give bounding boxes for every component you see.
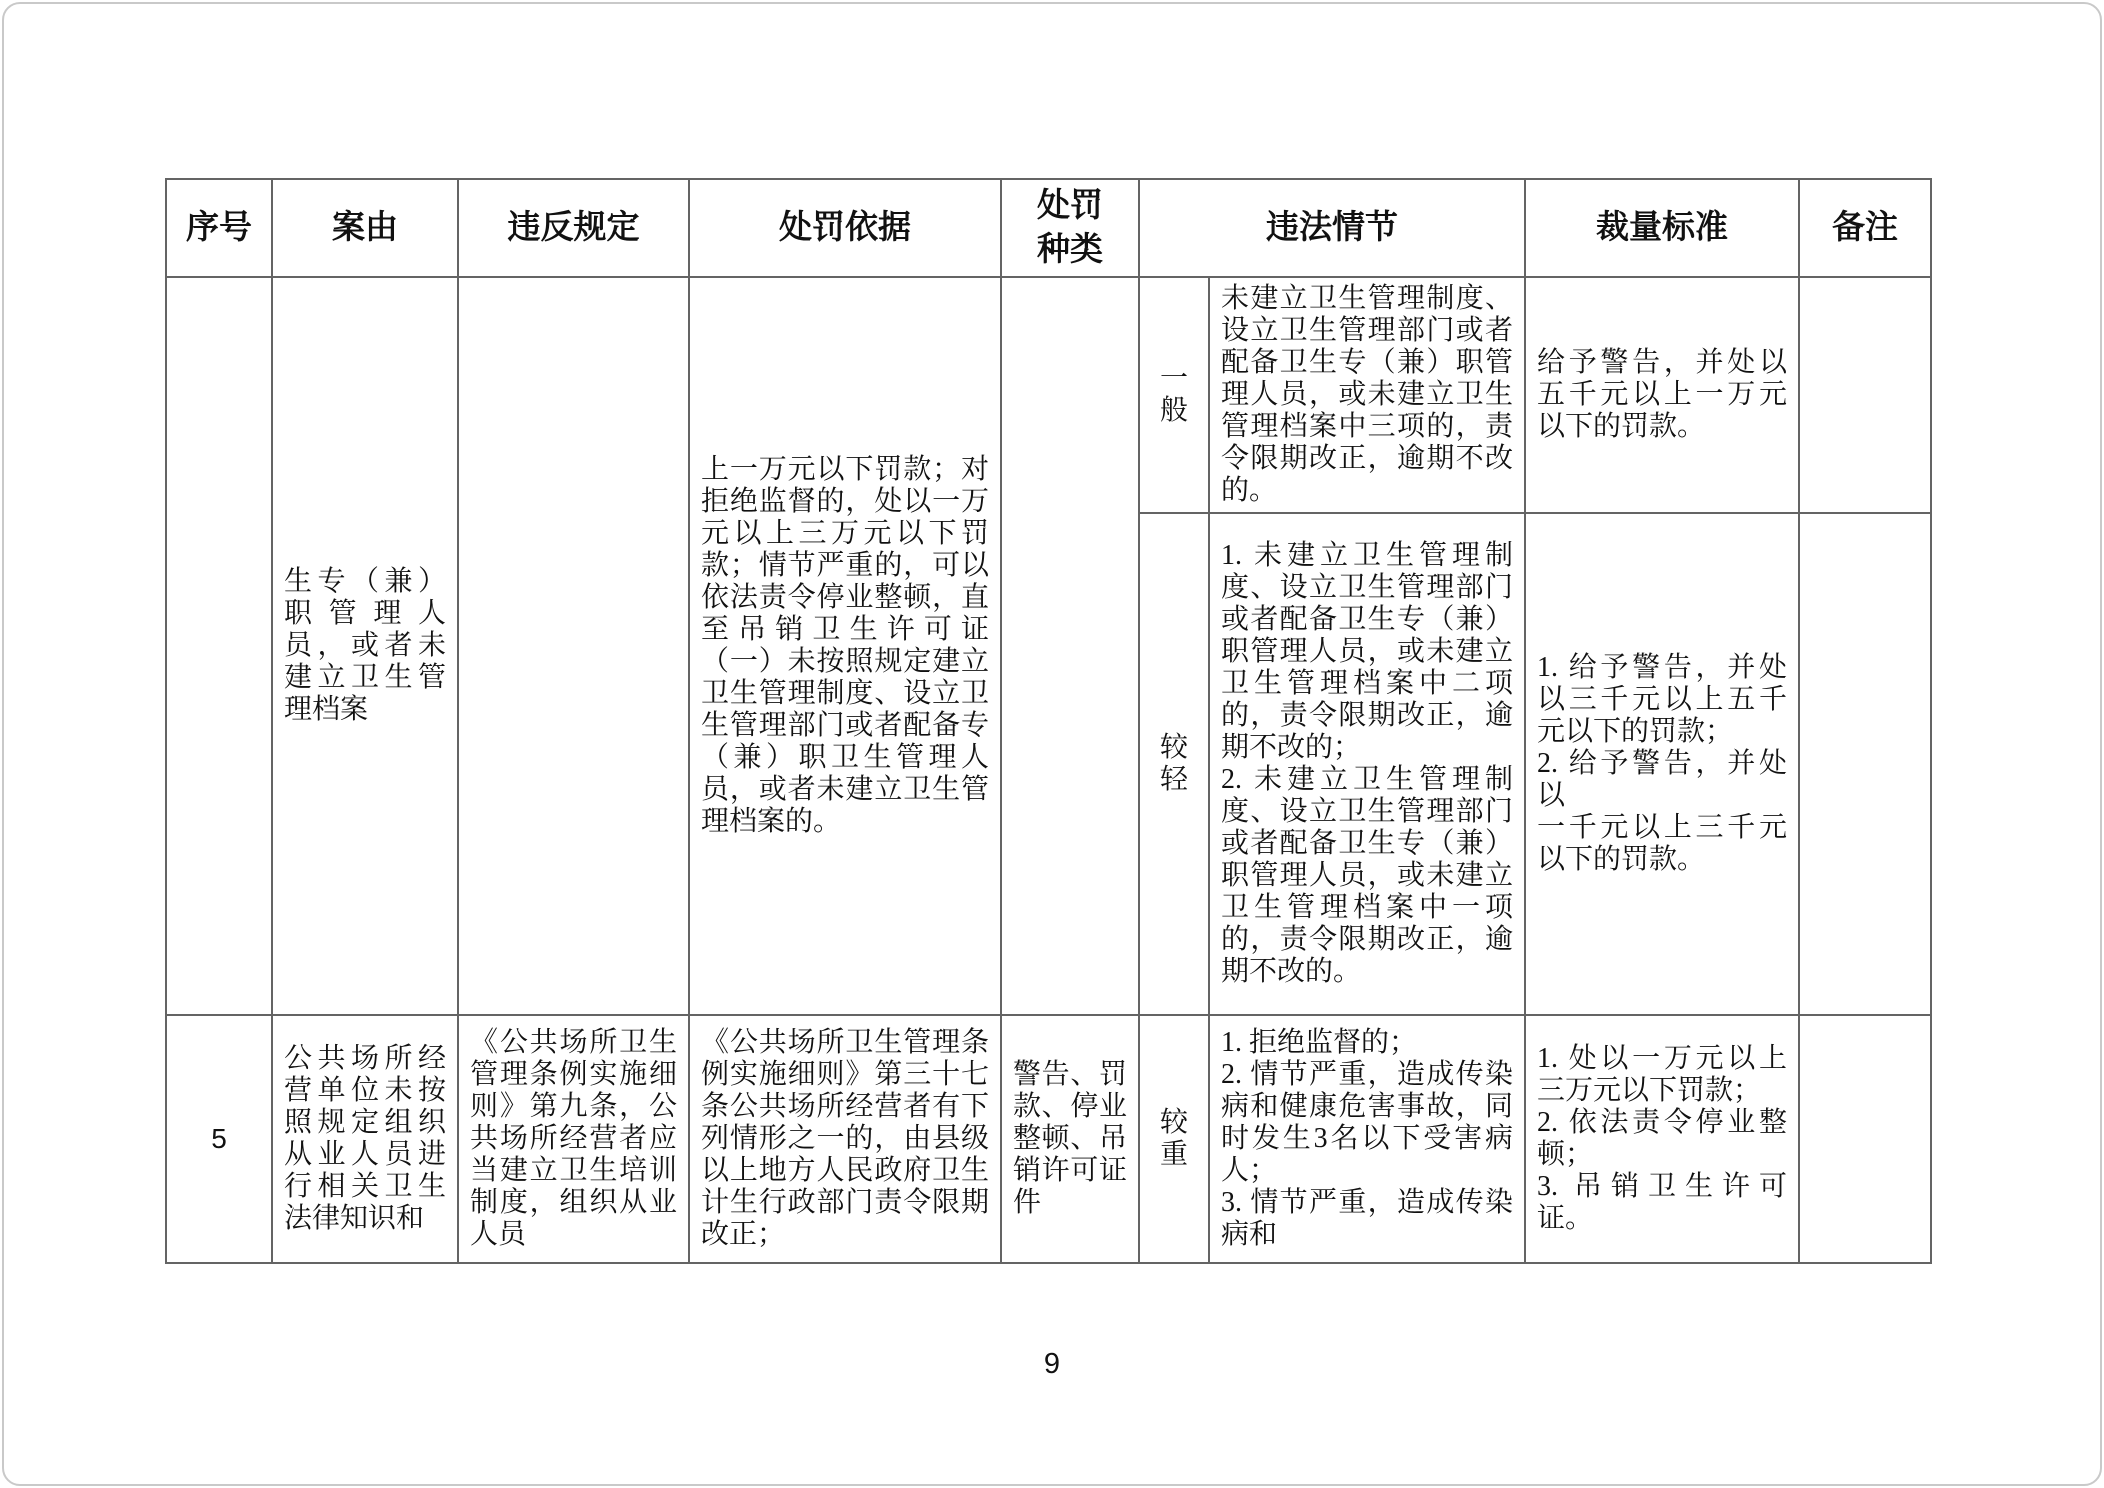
table-header-row: 序号 案由 违反规定 处罚依据 处罚 种类 违法情节 裁量标准 备注 [166,179,1931,277]
row4-general-remark-cell [1799,277,1931,513]
row4-minor-standard-cell: 1. 给予警告，并处以三千元以上五千元以下的罚款； 2. 给予警告，并处以 一千… [1525,513,1799,1015]
header-circumstance: 违法情节 [1139,179,1525,277]
row5-circumstance-cell: 1. 拒绝监督的； 2. 情节严重，造成传染病和健康危害事故，同时发生3名以下受… [1209,1015,1525,1263]
row5-severity-cell: 较重 [1139,1015,1209,1263]
row4-general-standard-cell: 给予警告，并处以五千元以上一万元以下的罚款。 [1525,277,1799,513]
row4-regulation-cell [458,277,689,1015]
row5-remark-cell [1799,1015,1931,1263]
header-basis: 处罚依据 [689,179,1001,277]
header-remark: 备注 [1799,179,1931,277]
header-penalty-type: 处罚 种类 [1001,179,1139,277]
row4-minor-severity-cell: 较轻 [1139,513,1209,1015]
row4-seq-cell [166,277,272,1015]
page-number: 9 [0,1348,2104,1381]
row5: 5 公共场所经营单位未按照规定组织从业人员进行相关卫生法律知识和 《公共场所卫生… [166,1015,1931,1263]
row4-minor-circumstance-cell: 1. 未建立卫生管理制度、设立卫生管理部门或者配备卫生专（兼）职管理人员，或未建… [1209,513,1525,1015]
row5-penalty-type-cell: 警告、罚款、停业整顿、吊销许可证件 [1001,1015,1139,1263]
row4-minor-remark-cell [1799,513,1931,1015]
header-case: 案由 [272,179,458,277]
row4-general-circumstance-cell: 未建立卫生管理制度、设立卫生管理部门或者配备卫生专（兼）职管理人员，或未建立卫生… [1209,277,1525,513]
row5-regulation-cell: 《公共场所卫生管理条例实施细则》第九条，公共场所经营者应当建立卫生培训制度，组织… [458,1015,689,1263]
row4-subrow-general: 生专（兼）职管理人员，或者未建立卫生管理档案 上一万元以下罚款；对拒绝监督的，处… [166,277,1931,513]
header-regulation: 违反规定 [458,179,689,277]
row4-basis-cell: 上一万元以下罚款；对拒绝监督的，处以一万元以上三万元以下罚款；情节严重的，可以依… [689,277,1001,1015]
row5-standard-cell: 1. 处以一万元以上三万元以下罚款； 2. 依法责令停业整顿； 3. 吊销卫生许… [1525,1015,1799,1263]
row4-general-severity-cell: 一般 [1139,277,1209,513]
row5-basis-cell: 《公共场所卫生管理条例实施细则》第三十七条公共场所经营者有下列情形之一的，由县级… [689,1015,1001,1263]
row5-case-cell: 公共场所经营单位未按照规定组织从业人员进行相关卫生法律知识和 [272,1015,458,1263]
row4-penalty-type-cell [1001,277,1139,1015]
header-seq: 序号 [166,179,272,277]
row5-seq-cell: 5 [166,1015,272,1263]
row4-case-cell: 生专（兼）职管理人员，或者未建立卫生管理档案 [272,277,458,1015]
header-standard: 裁量标准 [1525,179,1799,277]
penalty-discretion-table: 序号 案由 违反规定 处罚依据 处罚 种类 违法情节 裁量标准 备注 生专（兼）… [165,178,1932,1264]
